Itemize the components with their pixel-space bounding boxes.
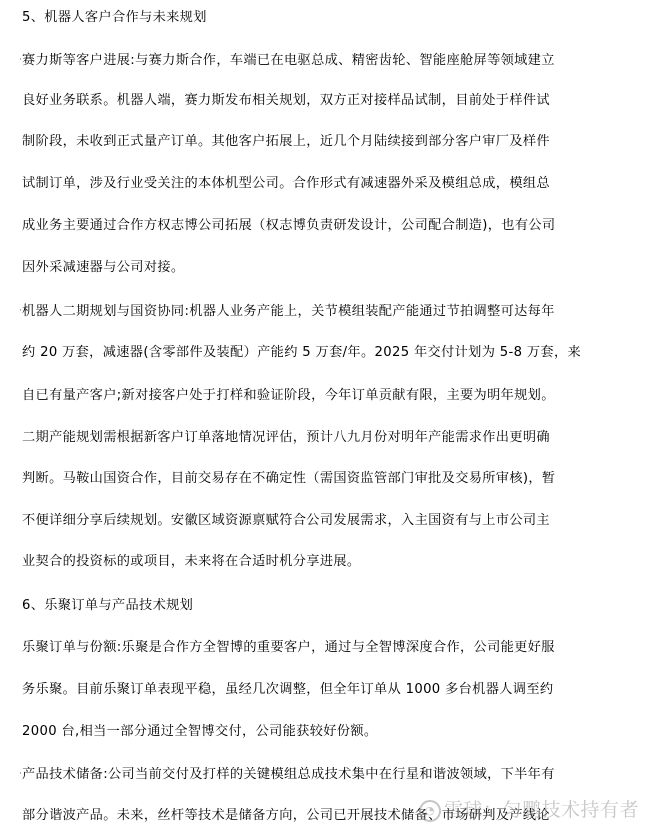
line-text: 判断。马鞍山国资合作，目前交易存在不确定性（需国资监管部门审批及交易所审核)，暂 — [22, 471, 555, 486]
line-text: 因外采减速器与公司对接。 — [22, 260, 184, 275]
heading-text: 5、机器人客户合作与未来规划 — [22, 10, 207, 25]
heading-text: 6、乐聚订单与产品技术规划 — [22, 598, 193, 613]
paragraph-line: 二期产能规划需根据新客户订单落地情况评估，预计八九月份对明年产能需求作出更明确 — [22, 429, 550, 447]
line-text: 2000 台,相当一部分通过全智博交付，公司能获较好份额。 — [22, 724, 377, 739]
line-text: 制阶段，未收到正式量产订单。其他客户拓展上，近几个月陆续接到部分客户审厂及样件 — [22, 134, 550, 149]
paragraph-line: 试制订单，涉及行业受关注的本体机型公司。合作形式有减速器外采及模组总成，模组总 — [22, 175, 550, 193]
line-text: 二期产能规划需根据新客户订单落地情况评估，预计八九月份对明年产能需求作出更明确 — [22, 430, 550, 445]
paragraph-line: 2000 台,相当一部分通过全智博交付，公司能获较好份额。 — [22, 723, 377, 741]
line-text: 良好业务联系。机器人端，赛力斯发布相关规划，双方正对接样品试制，目前处于样件试 — [22, 93, 550, 108]
line-text: 自已有量产客户;新对接客户处于打样和验证阶段，今年订单贡献有限，主要为明年规划。 — [22, 388, 555, 403]
line-text: 不便详细分享后续规划。安徽区域资源禀赋符合公司发展需求，入主国资有与上市公司主 — [22, 513, 550, 528]
line-text: 业契合的投资标的或项目，未来将在合适时机分享进展。 — [22, 554, 360, 569]
paragraph-line: 不便详细分享后续规划。安徽区域资源禀赋符合公司发展需求，入主国资有与上市公司主 — [22, 512, 550, 530]
watermark-text: 雪球：匀鹏技术持有者 — [444, 799, 639, 821]
line-text: 乐聚订单与份额:乐聚是合作方全智博的重要客户，通过与全智博深度合作，公司能更好服 — [22, 640, 555, 655]
watermark: ◔雪球：匀鹏技术持有者 — [419, 798, 639, 822]
paragraph-line: 自已有量产客户;新对接客户处于打样和验证阶段，今年订单贡献有限，主要为明年规划。 — [22, 387, 555, 405]
line-text: 成业务主要通过合作方权志博公司拓展（权志博负责研发设计，公司配合制造)，也有公司 — [22, 218, 555, 233]
section-heading-6: 6、乐聚订单与产品技术规划 — [22, 597, 193, 615]
document-page: 5、机器人客户合作与未来规划 ·赛力斯等客户进展:与赛力斯合作，车端已在电驱总成… — [0, 0, 645, 831]
line-text: 务乐聚。目前乐聚订单表现平稳，虽经几次调整，但全年订单从 1000 多台机器人调… — [22, 682, 553, 697]
paragraph-line: 制阶段，未收到正式量产订单。其他客户拓展上，近几个月陆续接到部分客户审厂及样件 — [22, 133, 550, 151]
paragraph-line: ·产品技术储备:公司当前交付及打样的关键模组总成技术集中在行星和谐波领域，下半年… — [22, 765, 555, 784]
section-heading-5: 5、机器人客户合作与未来规划 — [22, 9, 207, 27]
line-text: 约 20 万套，减速器(含零部件及装配）产能约 5 万套/年。2025 年交付计… — [22, 345, 581, 360]
paragraph-line: 成业务主要通过合作方权志博公司拓展（权志博负责研发设计，公司配合制造)，也有公司 — [22, 217, 555, 235]
paragraph-line: ·赛力斯等客户进展:与赛力斯合作，车端已在电驱总成、精密齿轮、智能座舱屏等领域建… — [22, 51, 555, 70]
paragraph-line: 良好业务联系。机器人端，赛力斯发布相关规划，双方正对接样品试制，目前处于样件试 — [22, 92, 550, 110]
line-text: 赛力斯等客户进展:与赛力斯合作，车端已在电驱总成、精密齿轮、智能座舱屏等领域建立 — [22, 53, 555, 68]
paragraph-line: 因外采减速器与公司对接。 — [22, 259, 184, 277]
line-text: 产品技术储备:公司当前交付及打样的关键模组总成技术集中在行星和谐波领域，下半年有 — [22, 767, 555, 782]
line-text: 试制订单，涉及行业受关注的本体机型公司。合作形式有减速器外采及模组总成，模组总 — [22, 176, 550, 191]
paragraph-line: 判断。马鞍山国资合作，目前交易存在不确定性（需国资监管部门审批及交易所审核)，暂 — [22, 470, 555, 488]
paragraph-line: 约 20 万套，减速器(含零部件及装配）产能约 5 万套/年。2025 年交付计… — [22, 344, 581, 362]
paragraph-line: 务乐聚。目前乐聚订单表现平稳，虽经几次调整，但全年订单从 1000 多台机器人调… — [22, 681, 553, 699]
snowball-logo-icon: ◔ — [419, 800, 441, 822]
line-text: 机器人二期规划与国资协同:机器人业务产能上，关节模组装配产能通过节拍调整可达每年 — [22, 304, 555, 319]
paragraph-line: 乐聚订单与份额:乐聚是合作方全智博的重要客户，通过与全智博深度合作，公司能更好服 — [22, 639, 555, 657]
paragraph-line: 业契合的投资标的或项目，未来将在合适时机分享进展。 — [22, 553, 360, 571]
paragraph-line: ·机器人二期规划与国资协同:机器人业务产能上，关节模组装配产能通过节拍调整可达每… — [22, 302, 555, 321]
